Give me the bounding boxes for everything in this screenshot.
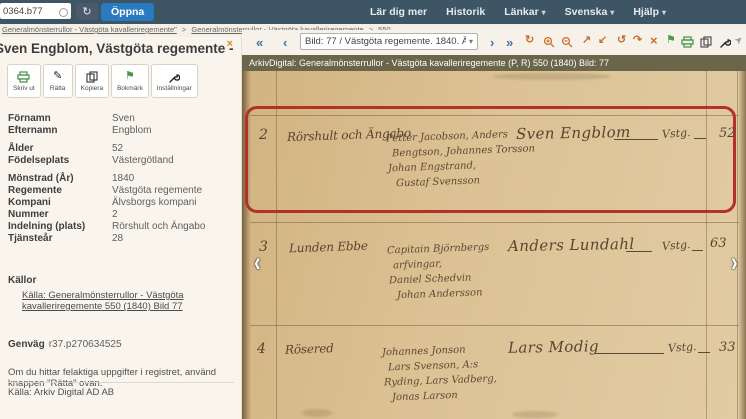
last-image-button[interactable]: » [506, 35, 513, 50]
reload-icon: ↻ [82, 6, 91, 18]
document-scan[interactable]: 2 Rörshult och Ängabo Petter Jacobson, A… [242, 71, 746, 419]
image-select[interactable]: Bild: 77 / Västgöta regemente. 1840. Älv… [300, 33, 478, 50]
divider [8, 382, 234, 383]
pencil-icon: ✎ [53, 70, 62, 83]
ink-rule [692, 250, 703, 251]
shrink-icon[interactable]: ↙ [598, 35, 607, 46]
copy-icon [86, 70, 98, 83]
print-button[interactable]: Skriv ut [7, 64, 41, 98]
viewer-toolbar: « ‹ Bild: 77 / Västgöta regemente. 1840.… [242, 30, 746, 55]
ledger-row-line [250, 222, 739, 223]
chevron-down-icon: ▾ [610, 8, 614, 17]
rotate-right-icon[interactable]: ↷ [633, 35, 642, 46]
rotate-left-icon[interactable]: ↺ [617, 35, 626, 46]
wrench-icon [168, 70, 180, 83]
ledger-row-line [250, 325, 739, 326]
chevron-down-icon: ▾ [662, 8, 666, 17]
enlarge-icon[interactable]: ↗ [582, 35, 591, 46]
ink-smudge [512, 411, 558, 418]
image-info-bar: ArkivDigital: Generalmönsterrullor - Väs… [242, 55, 746, 71]
ledger-column-line [737, 71, 738, 419]
sources-heading: Källor [8, 275, 36, 286]
fullscreen-icon[interactable]: × [650, 35, 658, 46]
top-menu: Lär dig mer Historik Länkar▾ Svenska▾ Hj… [370, 0, 666, 24]
rote-holders: Johannes Jonson Lars Svenson, A:s Ryding… [382, 343, 522, 403]
copy-icon[interactable] [700, 36, 712, 51]
copy-button[interactable]: Kopiera [75, 64, 109, 98]
correction-note: Om du hittar felaktiga uppgifter i regis… [8, 367, 234, 389]
clear-input-icon[interactable] [59, 8, 68, 17]
shortcut-row: Genvägr37.p270634525 [8, 339, 122, 350]
previous-image-button[interactable]: ‹ [283, 35, 287, 50]
pointer-tool-icon[interactable]: ➤ [732, 34, 745, 48]
image-viewer: « ‹ Bild: 77 / Västgöta regemente. 1840.… [242, 30, 746, 419]
source-link[interactable]: Källa: Generalmönsterrullor - Västgöta k… [22, 290, 230, 312]
print-icon[interactable] [681, 36, 694, 51]
next-image-button[interactable]: › [490, 35, 494, 50]
menu-hjalp[interactable]: Hjälp▾ [633, 6, 666, 18]
ink-rule [594, 353, 664, 354]
top-bar: ↻ Öppna Lär dig mer Historik Länkar▾ Sve… [0, 0, 746, 24]
settings-button[interactable]: Inställningar [151, 64, 198, 98]
refresh-icon[interactable]: ↻ [525, 35, 534, 46]
ink-rule [626, 251, 652, 252]
chevron-down-icon: ▾ [542, 8, 546, 17]
chevron-down-icon: ▾ [469, 37, 473, 46]
menu-lankar[interactable]: Länkar▾ [504, 6, 545, 18]
zoom-in-icon[interactable] [543, 36, 555, 51]
wrench-icon[interactable] [719, 36, 731, 51]
arkivdigital-app: ↻ Öppna Lär dig mer Historik Länkar▾ Sve… [0, 0, 746, 419]
chevron-right-icon[interactable]: › [731, 250, 738, 277]
bookmark-icon: ⚑ [125, 70, 135, 83]
bookmark-button[interactable]: ⚑ Bokmärk [111, 64, 149, 98]
menu-svenska[interactable]: Svenska▾ [565, 6, 615, 18]
ink-rule [614, 139, 658, 140]
reload-button[interactable]: ↻ [76, 3, 98, 20]
correct-button[interactable]: ✎ Rätta [43, 64, 73, 98]
first-image-button[interactable]: « [256, 35, 263, 50]
record-toolbar: Skriv ut ✎ Rätta Kopiera ⚑ Bokmärk Ins [7, 64, 198, 98]
print-icon [17, 70, 30, 83]
breadcrumb-separator: > [182, 25, 186, 34]
menu-historik[interactable]: Historik [446, 6, 485, 18]
bookmark-icon[interactable]: ⚑ [666, 35, 676, 46]
chevron-left-icon[interactable]: ‹ [254, 250, 261, 277]
ink-rule [694, 138, 706, 139]
page-edge-right [738, 71, 746, 419]
open-button[interactable]: Öppna [101, 3, 154, 21]
breadcrumb-link-archive[interactable]: Generalmönsterrullor - Västgöta kavaller… [2, 25, 177, 34]
zoom-out-icon[interactable] [561, 36, 573, 51]
ink-smudge [302, 409, 332, 417]
ink-smudge [492, 73, 612, 80]
source-note: Källa: Arkiv Digital AD AB [8, 387, 114, 398]
rote-holders: Capitain Björnbergs arfvingar, Daniel Sc… [387, 241, 527, 301]
rote-holders: Petter Jacobson, Anders Bengtson, Johann… [386, 129, 526, 189]
menu-lar-dig-mer[interactable]: Lär dig mer [370, 6, 427, 18]
ink-rule [698, 352, 710, 353]
record-title: Sven Engblom, Västgöta regemente - Gener… [0, 41, 235, 56]
record-panel: × Sven Engblom, Västgöta regemente - Gen… [0, 37, 242, 419]
